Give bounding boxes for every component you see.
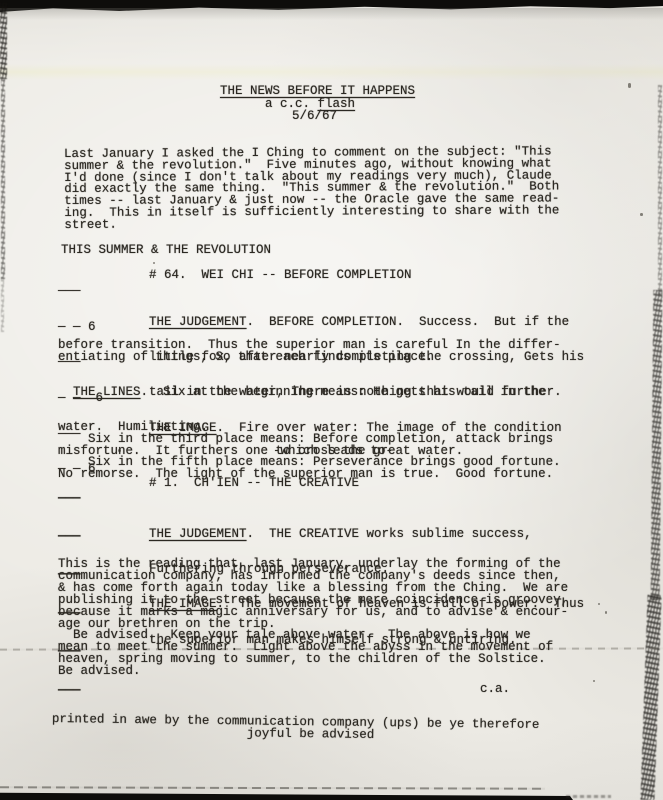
scanned-page: THE NEWS BEFORE IT HAPPENS a c.c. flash … — [0, 0, 663, 800]
ink-speck — [605, 611, 607, 614]
scan-bottom-tail — [566, 795, 611, 798]
intro-paragraph: Last January I asked the I Ching to comm… — [64, 146, 560, 231]
ink-speck — [628, 83, 631, 88]
scan-left-edge — [1, 277, 4, 332]
hexagram-64-row: — — 6 — [58, 322, 103, 334]
scan-top-shadow — [0, 8, 663, 24]
hexagram-64-row: ——— — [58, 286, 103, 298]
ink-speck — [593, 680, 595, 682]
judgement-line: THE JUDGEMENT. THE CREATIVE works sublim… — [149, 529, 584, 541]
the-lines-label: THE LINES — [73, 385, 141, 399]
ink-speck — [153, 262, 155, 264]
hexagram-1-row: ——— — [58, 530, 88, 543]
section-heading: THIS SUMMER & THE REVOLUTION — [61, 245, 271, 257]
scan-bottom-band — [0, 790, 600, 800]
hexagram-1-row: ——— — [58, 492, 88, 505]
scan-right-edge — [651, 290, 663, 600]
hexagram-1-heading: # 1. CH'IEN -- THE CREATIVE — [149, 478, 359, 490]
scan-left-edge — [0, 3, 7, 79]
the-judgement-label: THE JUDGEMENT — [149, 315, 247, 329]
lines-first-line: THE LINES. Six at the beginning means: H… — [58, 387, 561, 399]
hexagram-64-heading: # 64. WEI CHI -- BEFORE COMPLETION — [149, 270, 412, 282]
scan-right-edge — [640, 595, 661, 800]
image-continuation: before transition. Thus the superior man… — [58, 340, 561, 364]
hexagram-1-row: ——— — [58, 684, 88, 697]
imprint-footer: printed in awe by the communication comp… — [52, 713, 540, 743]
document-date: 5/6/67 — [292, 111, 337, 123]
ink-speck — [640, 213, 643, 216]
judgement-line: THE JUDGEMENT. BEFORE COMPLETION. Succes… — [149, 317, 584, 329]
signature-initials: c.a. — [480, 684, 510, 696]
scan-bottom-line — [0, 786, 545, 789]
transition-line: -which leads to- — [273, 446, 393, 458]
closing-paragraph: This is the reading that, last January, … — [58, 559, 568, 678]
ink-speck — [598, 603, 600, 605]
scan-left-edge — [1, 79, 5, 279]
the-judgement-label: THE JUDGEMENT — [149, 527, 247, 541]
scan-right-edge — [658, 85, 662, 295]
